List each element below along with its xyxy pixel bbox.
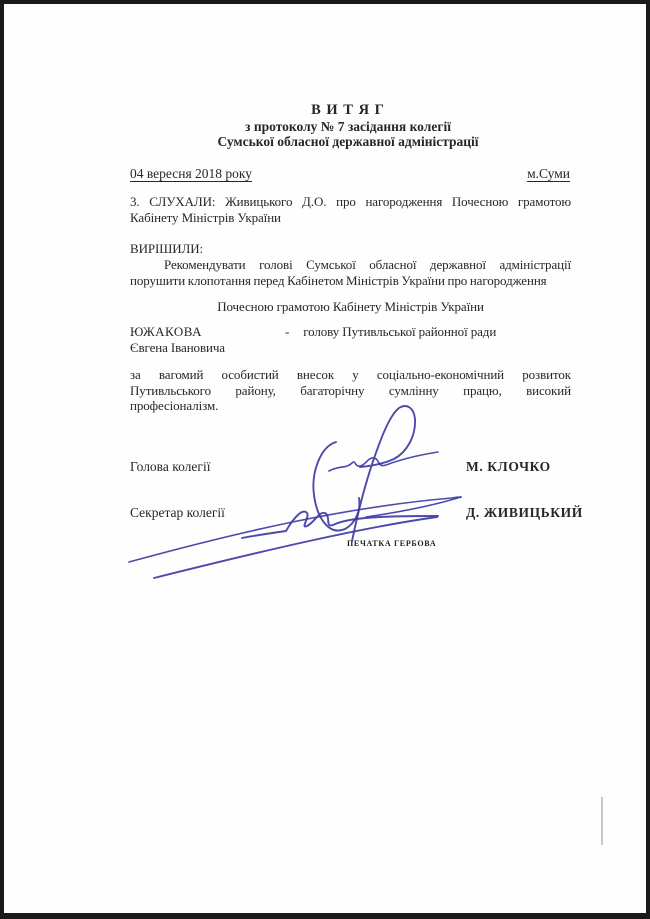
document-subtitle-line1: з протоколу № 7 засідання колегії	[245, 119, 451, 134]
zhyvytskyi-signature-squiggle	[242, 512, 438, 538]
signature-role-secretary: Секретар колегії	[130, 505, 225, 521]
scanned-document-page: В И Т Я Г з протоколу № 7 засідання коле…	[0, 0, 650, 919]
signature-role-head: Голова колегії	[130, 459, 210, 475]
klochko-signature-stem	[352, 406, 415, 541]
decided-label: ВИРІШИЛИ:	[130, 241, 203, 257]
awardee-surname: ЮЖАКОВА	[130, 324, 285, 340]
zhyvytskyi-signature-return-stroke	[366, 497, 461, 517]
scan-artifact-line	[601, 797, 603, 845]
klochko-signature-flourish	[329, 452, 438, 471]
document-subtitle-line2: Сумської обласної державної адміністраці…	[217, 134, 478, 149]
document-header: В И Т Я Г з протоколу № 7 засідання коле…	[128, 103, 568, 150]
stamp-note: ПЕЧАТКА ГЕРБОВА	[347, 539, 436, 548]
signature-name-secretary: Д. ЖИВИЦЬКИЙ	[466, 505, 583, 521]
document-city: м.Суми	[527, 166, 570, 182]
awardee-position: голову Путивльської районної ради	[303, 324, 496, 340]
awardee-block: ЮЖАКОВА - голову Путивльської районної р…	[130, 324, 571, 355]
awardee-row: ЮЖАКОВА - голову Путивльської районної р…	[130, 324, 571, 340]
document-title: В И Т Я Г	[128, 103, 568, 119]
document-date: 04 вересня 2018 року	[130, 166, 252, 182]
klochko-signature-loop	[313, 442, 359, 531]
heard-paragraph: 3. СЛУХАЛИ: Живицького Д.О. про нагородж…	[130, 194, 571, 225]
award-line: Почесною грамотою Кабінету Міністрів Укр…	[130, 299, 571, 315]
awardee-dash: -	[285, 324, 289, 340]
awardee-given-names: Євгена Івановича	[130, 340, 571, 356]
heard-label: 3. СЛУХАЛИ:	[130, 194, 215, 209]
merit-paragraph: за вагомий особистий внесок у соціально-…	[130, 367, 571, 414]
signature-name-head: М. КЛОЧКО	[466, 459, 551, 475]
decided-paragraph: Рекомендувати голові Сумської обласної д…	[130, 257, 571, 288]
date-city-row: 04 вересня 2018 року м.Суми	[130, 166, 570, 182]
document-content: В И Т Я Г з протоколу № 7 засідання коле…	[0, 0, 650, 919]
